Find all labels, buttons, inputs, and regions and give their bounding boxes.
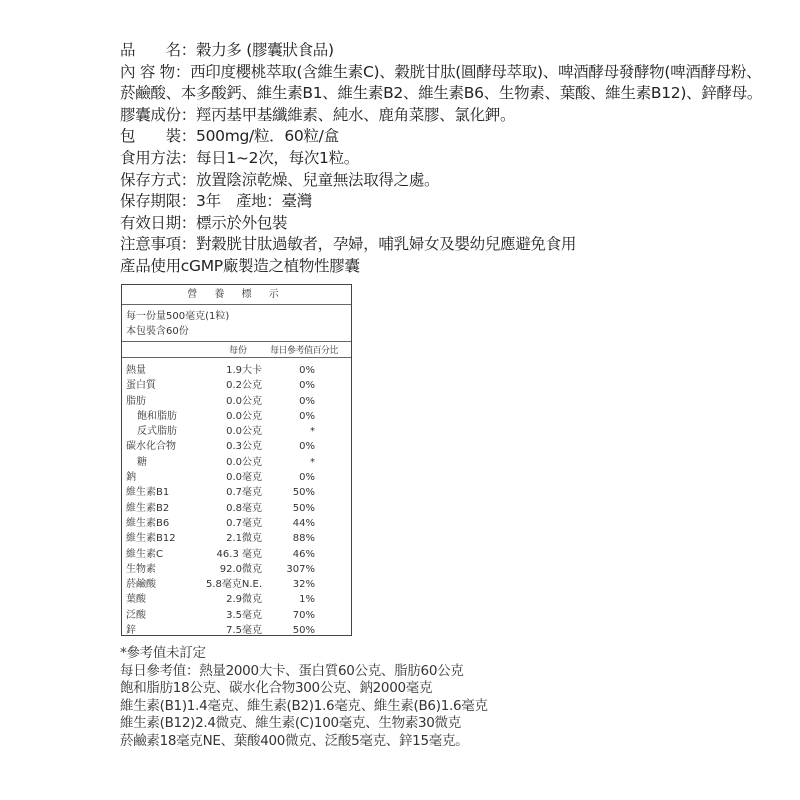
note-line: 維生素(B12)2.4微克、維生素(C)100毫克、生物素30微克 [120, 715, 488, 733]
nutrient-name: 維生素B6 [126, 516, 169, 531]
col-daily-pct: 每日參考值百分比 [270, 343, 338, 356]
nutrient-name: 反式脂肪 [137, 424, 177, 439]
nutrition-row: 維生素B10.7毫克50% [122, 485, 351, 500]
nutrient-amount: 92.0微克 [220, 562, 262, 577]
nutrition-row: 生物素92.0微克307% [122, 562, 351, 577]
nutrition-row: 糖0.0公克* [122, 455, 351, 470]
spec-storage: 保存方式：放置陰涼乾燥、兒童無法取得之處。 [120, 170, 780, 192]
spec-ingredients: 內 容 物：西印度櫻桃萃取(含維生素C)、穀胱甘肽(圓酵母萃取)、啤酒酵母發酵物… [120, 62, 780, 84]
nutrient-name: 飽和脂肪 [137, 409, 177, 424]
nutrition-row: 維生素C46.3 毫克46% [122, 547, 351, 562]
nutrition-row: 熱量1.9大卡0% [122, 363, 351, 378]
nutrition-facts-table: 營 養 標 示 每一份量500毫克(1粒) 本包裝含60份 每份 每日參考值百分… [121, 284, 352, 636]
nutrition-row: 鋅7.5毫克50% [122, 623, 351, 638]
nutrient-amount: 2.1微克 [226, 531, 262, 546]
nutrient-daily-pct: 0% [299, 378, 315, 393]
nutrient-name: 維生素B12 [126, 531, 176, 546]
nutrient-name: 維生素B2 [126, 501, 169, 516]
nutrition-title: 營 養 標 示 [122, 285, 351, 305]
nutrition-row: 維生素B20.8毫克50% [122, 501, 351, 516]
nutrient-daily-pct: 0% [299, 439, 315, 454]
spec-capsule: 膠囊成份：羥丙基甲基纖維素、純水、鹿角菜膠、氯化鉀。 [120, 105, 780, 127]
nutrient-name: 鋅 [126, 623, 136, 638]
note-line: 飽和脂肪18公克、碳水化合物300公克、鈉2000毫克 [120, 680, 488, 698]
nutrient-name: 生物素 [126, 562, 156, 577]
nutrient-amount: 0.7毫克 [226, 485, 262, 500]
note-line: 維生素(B1)1.4毫克、維生素(B2)1.6毫克、維生素(B6)1.6毫克 [120, 698, 488, 716]
note-line: *參考值未訂定 [120, 645, 488, 663]
spec-expiry: 有效日期：標示於外包裝 [120, 213, 780, 235]
nutrient-daily-pct: 1% [299, 592, 315, 607]
nutrient-name: 蛋白質 [126, 378, 156, 393]
spec-usage: 食用方法：每日1~2次，每次1粒。 [120, 148, 780, 170]
nutrient-daily-pct: 0% [299, 409, 315, 424]
nutrient-amount: 46.3 毫克 [217, 547, 262, 562]
spec-warning: 注意事項：對穀胱甘肽過敏者，孕婦，哺乳婦女及嬰幼兒應避免食用 [120, 234, 780, 256]
nutrient-amount: 1.9大卡 [226, 363, 262, 378]
nutrition-row: 脂肪0.0公克0% [122, 394, 351, 409]
nutrition-row: 泛酸3.5毫克70% [122, 608, 351, 623]
nutrient-amount: 5.8毫克N.E. [206, 577, 262, 592]
nutrition-row: 菸鹼酸5.8毫克N.E.32% [122, 577, 351, 592]
spec-package: 包 裝：500mg/粒．60粒/盒 [120, 126, 780, 148]
nutrition-row: 飽和脂肪0.0公克0% [122, 409, 351, 424]
nutrient-name: 糖 [137, 455, 147, 470]
nutrient-name: 碳水化合物 [126, 439, 176, 454]
reference-notes: *參考值未訂定 每日參考值：熱量2000大卡、蛋白質60公克、脂肪60公克 飽和… [120, 645, 488, 751]
nutrient-daily-pct: 0% [299, 394, 315, 409]
nutrition-rows: 熱量1.9大卡0%蛋白質0.2公克0%脂肪0.0公克0%飽和脂肪0.0公克0%反… [122, 358, 351, 638]
servings-per-pack: 本包裝含60份 [126, 324, 351, 339]
nutrient-amount: 0.0公克 [226, 455, 262, 470]
nutrition-row: 碳水化合物0.3公克0% [122, 439, 351, 454]
nutrient-daily-pct: 70% [293, 608, 315, 623]
nutrient-daily-pct: 50% [293, 485, 315, 500]
nutrient-amount: 0.2公克 [226, 378, 262, 393]
nutrition-row: 反式脂肪0.0公克* [122, 424, 351, 439]
nutrient-daily-pct: 50% [293, 501, 315, 516]
nutrient-amount: 0.7毫克 [226, 516, 262, 531]
nutrient-amount: 0.8毫克 [226, 501, 262, 516]
nutrient-daily-pct: * [310, 424, 315, 439]
nutrient-name: 葉酸 [126, 592, 146, 607]
spec-cgmp: 產品使用cGMP廠製造之植物性膠囊 [120, 256, 780, 278]
nutrient-amount: 0.0公克 [226, 409, 262, 424]
serving-info: 每一份量500毫克(1粒) 本包裝含60份 [122, 305, 351, 342]
nutrient-daily-pct: 46% [293, 547, 315, 562]
nutrient-name: 脂肪 [126, 394, 146, 409]
nutrient-daily-pct: 88% [293, 531, 315, 546]
serving-size: 每一份量500毫克(1粒) [126, 309, 351, 324]
nutrient-amount: 7.5毫克 [226, 623, 262, 638]
nutrient-name: 泛酸 [126, 608, 146, 623]
nutrient-amount: 0.0毫克 [226, 470, 262, 485]
nutrition-row: 維生素B60.7毫克44% [122, 516, 351, 531]
nutrition-row: 維生素B122.1微克88% [122, 531, 351, 546]
nutrient-daily-pct: 0% [299, 470, 315, 485]
nutrition-row: 蛋白質0.2公克0% [122, 378, 351, 393]
nutrient-amount: 0.3公克 [226, 439, 262, 454]
nutrition-header: 每份 每日參考值百分比 [122, 342, 351, 358]
nutrient-daily-pct: 32% [293, 577, 315, 592]
spec-name: 品 名：穀力多 (膠囊狀食品) [120, 40, 780, 62]
product-spec: 品 名：穀力多 (膠囊狀食品) 內 容 物：西印度櫻桃萃取(含維生素C)、穀胱甘… [120, 40, 780, 278]
spec-ingredients-cont: 菸鹼酸、本多酸鈣、維生素B1、維生素B2、維生素B6、生物素、葉酸、維生素B12… [120, 83, 780, 105]
nutrient-daily-pct: * [310, 455, 315, 470]
note-line: 每日參考值：熱量2000大卡、蛋白質60公克、脂肪60公克 [120, 663, 488, 681]
nutrient-amount: 0.0公克 [226, 424, 262, 439]
nutrition-row: 葉酸2.9微克1% [122, 592, 351, 607]
nutrient-amount: 3.5毫克 [226, 608, 262, 623]
nutrient-amount: 2.9微克 [226, 592, 262, 607]
nutrient-name: 熱量 [126, 363, 146, 378]
nutrient-daily-pct: 50% [293, 623, 315, 638]
nutrient-daily-pct: 0% [299, 363, 315, 378]
nutrient-name: 菸鹼酸 [126, 577, 156, 592]
nutrient-daily-pct: 44% [293, 516, 315, 531]
nutrient-daily-pct: 307% [286, 562, 315, 577]
nutrition-row: 鈉0.0毫克0% [122, 470, 351, 485]
nutrient-name: 鈉 [126, 470, 136, 485]
nutrient-name: 維生素C [126, 547, 163, 562]
note-line: 菸鹼素18毫克NE、葉酸400微克、泛酸5毫克、鋅15毫克。 [120, 733, 488, 751]
col-per-serving: 每份 [229, 343, 247, 356]
nutrient-amount: 0.0公克 [226, 394, 262, 409]
spec-shelf-life: 保存期限：3年 產地：臺灣 [120, 191, 780, 213]
nutrient-name: 維生素B1 [126, 485, 169, 500]
